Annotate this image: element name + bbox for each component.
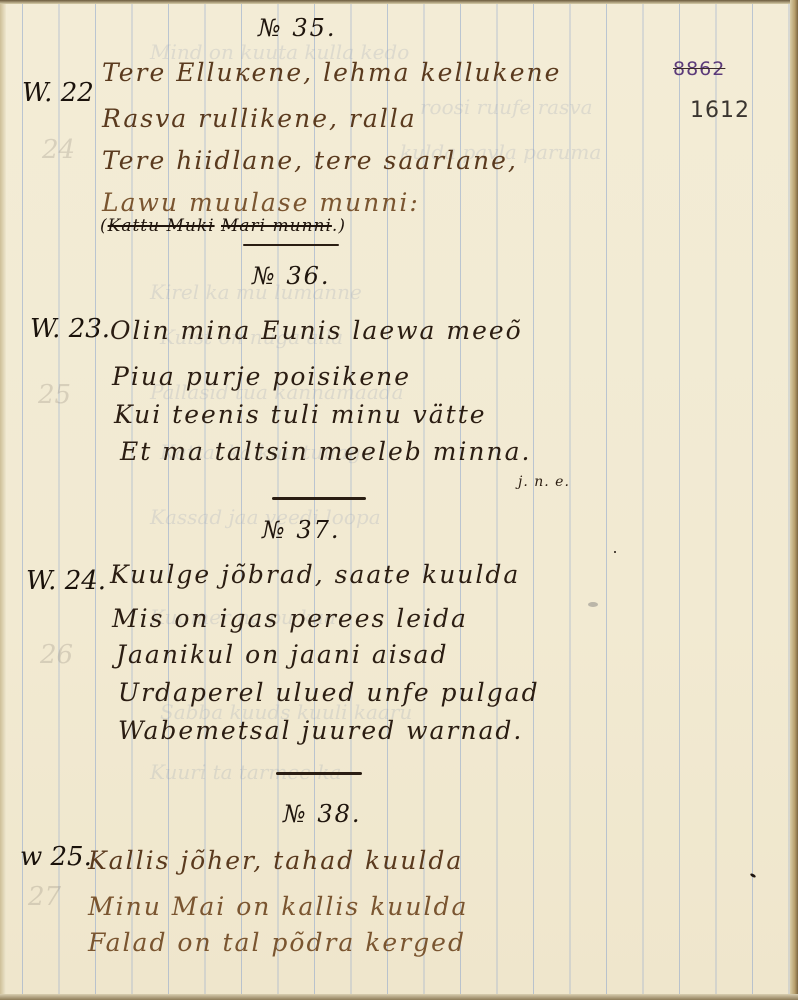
verse-label: W. 22 [22,78,94,108]
verse-line: Kuulge jõbrad, saate kuulda [110,560,520,589]
correction-note: (Kattu Muki Mari munni.) [100,216,346,236]
verse-line: Olin mina Eunis laewa meeõ [110,316,523,345]
verse-line: Piua purje poisikene [112,362,411,391]
verse-line: Lawu muulase munni: [102,188,420,217]
section-divider [276,772,362,775]
verse-line: Tere Elluкene, lehma kellukene [102,58,561,87]
smudge [588,602,598,607]
manuscript-page: Mind on kuuta kulla kedo roosi ruufe ras… [0,0,792,996]
verse-label: w 25. [20,842,92,872]
verse-label: W. 23. [30,314,110,344]
correction-text: Mari munni [221,216,332,236]
verse-line: Kui teenis tuli minu vätte [114,400,487,429]
page-edge-bottom [0,994,798,1000]
verse-line: Mis on igas perees leida [112,604,468,633]
bleed-through-margin-number: 24 [42,135,75,165]
bleed-through-margin-number: 27 [28,882,61,912]
page-binding [0,0,6,1000]
verse-line: Et ma taltsin meeleb minna. [120,437,531,466]
struck-text: Kattu Muki [108,216,215,236]
verse-line: Kallis jõher, tahad kuulda [88,846,463,875]
archive-number: 1612 [690,98,750,123]
verse-line: Urdaperel ulued unfe pulgad [118,678,540,707]
song-number-heading: № 37. [262,516,341,544]
bleed-through-margin-number: 26 [40,640,73,670]
verse-line: Rasva rullikene, ralla [102,104,417,133]
verse-label: W. 24. [26,566,106,596]
verse-line: Falad on tal põdra kerged [88,928,466,957]
section-divider [243,244,339,246]
verse-line: Wabemetsal juured warnad. [118,716,523,745]
page-edge-right [790,0,798,1000]
section-divider [272,497,366,500]
bleed-through-margin-number: 25 [38,380,71,410]
etc-note: j. n. e. [518,474,570,490]
verse-line: Jaanikul on jaani aisad [116,640,448,669]
song-number-heading: № 36. [252,262,331,290]
ink-spot [614,551,616,553]
verse-line: Minu Mai on kallis kuulda [88,892,468,921]
page-edge-top [0,0,798,4]
bleed-through-text: roosi ruufe rasva [420,95,593,119]
song-number-heading: № 35. [258,14,337,42]
song-number-heading: № 38. [283,800,362,828]
ink-spot [750,873,757,879]
archive-number-struck: 8862 [673,58,725,80]
verse-line: Tere hiidlane, tere saarlane, [102,146,518,175]
